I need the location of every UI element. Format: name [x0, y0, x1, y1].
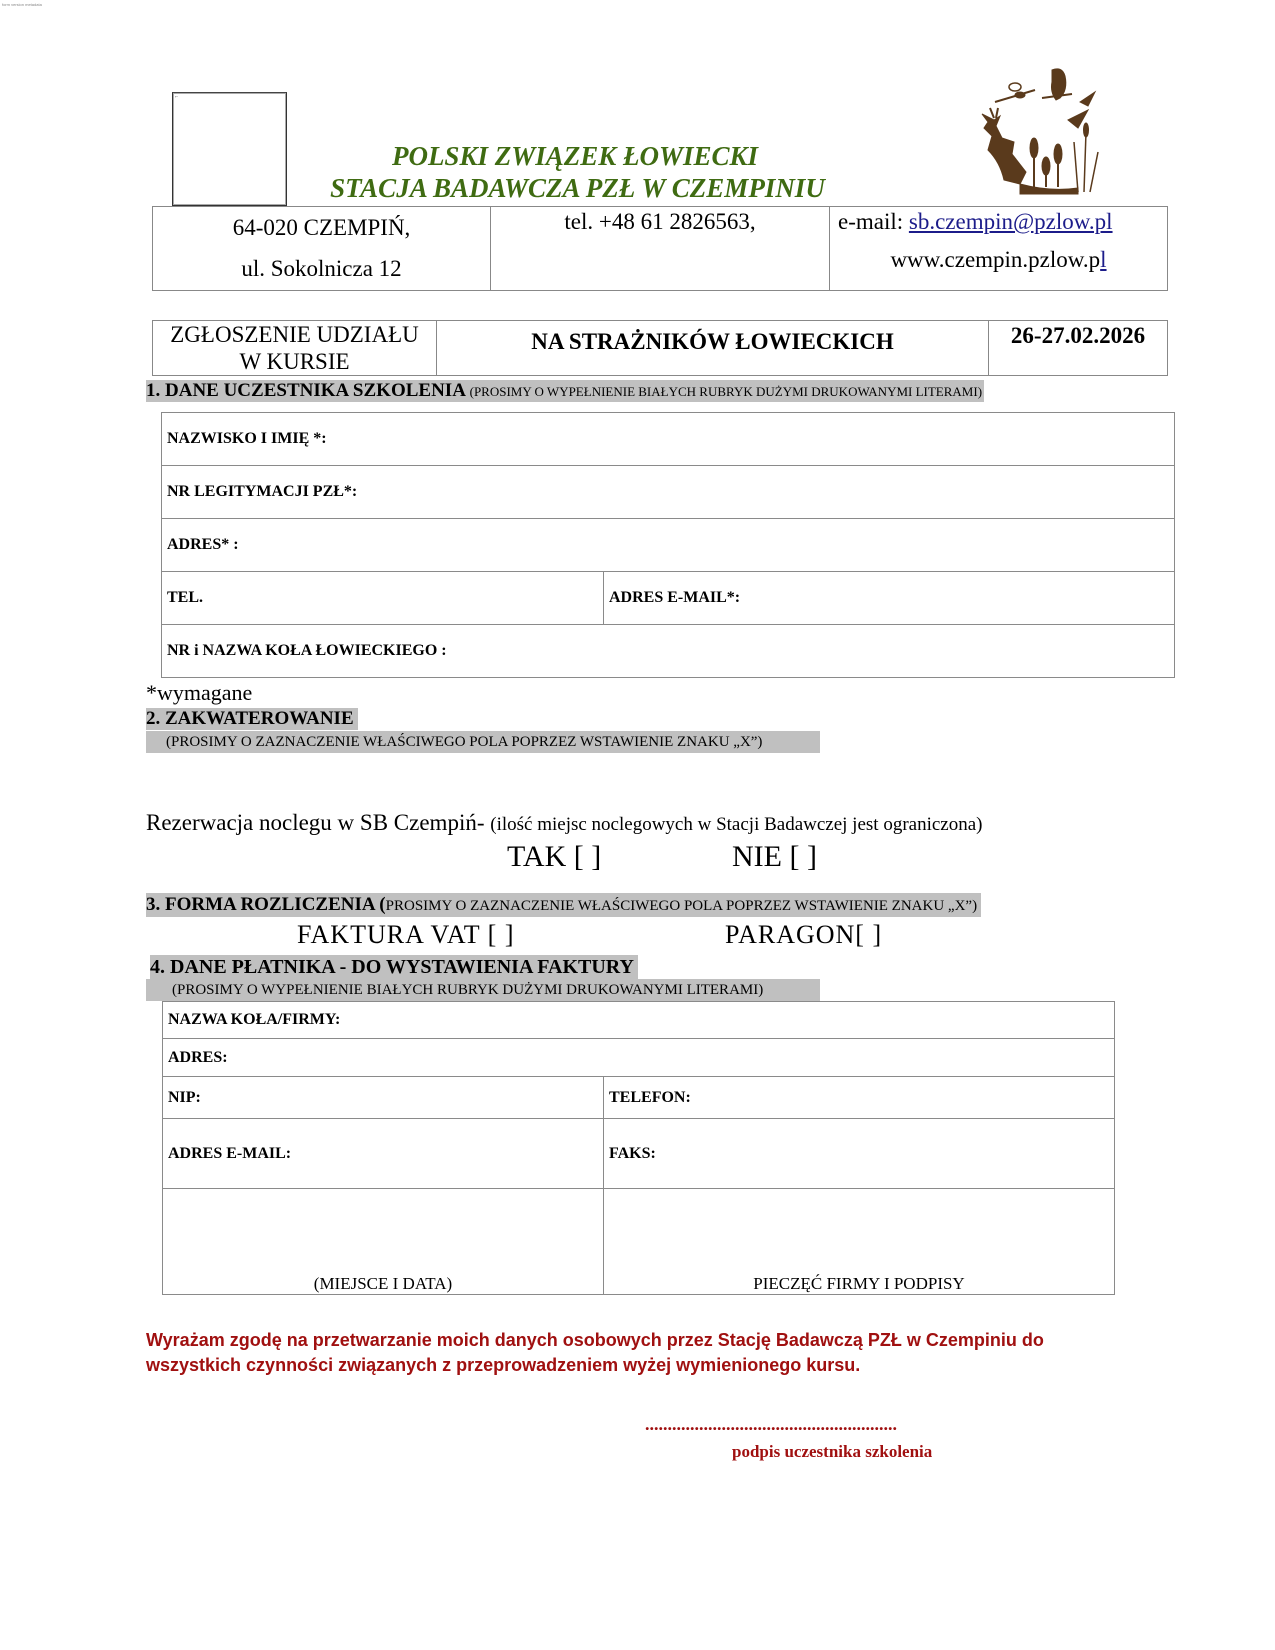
course-label-cell: ZGŁOSZENIE UDZIAŁU W KURSIE	[153, 321, 437, 376]
section1-title: 1. DANE UCZESTNIKA SZKOLENIA	[146, 380, 470, 401]
section4-note: (PROSIMY O WYPEŁNIENIE BIAŁYCH RUBRYK DU…	[146, 979, 820, 1001]
email-label: e-mail:	[838, 209, 909, 234]
org-title-line1: POLSKI ZWIĄZEK ŁOWIECKI	[295, 140, 855, 172]
website-text: www.czempin.pzlow.p	[890, 247, 1100, 272]
website-link[interactable]: www.czempin.pzlow.pl	[830, 247, 1167, 273]
payer-field-address[interactable]: ADRES:	[163, 1039, 1115, 1077]
field-club[interactable]: NR i NAZWA KOŁA ŁOWIECKIEGO :	[162, 625, 1175, 678]
wildlife-logo-icon	[960, 62, 1110, 202]
consent-text: Wyrażam zgodę na przetwarzanie moich dan…	[146, 1328, 1106, 1378]
field-address[interactable]: ADRES* :	[162, 519, 1175, 572]
option-no[interactable]: NIE [ ]	[732, 840, 817, 874]
field-license[interactable]: NR LEGITYMACJI PZŁ*:	[162, 466, 1175, 519]
signature-label: podpis uczestnika szkolenia	[732, 1442, 932, 1462]
payer-field-nip[interactable]: NIP:	[163, 1077, 604, 1119]
photo-placeholder: ⌐	[172, 92, 287, 206]
section3-note: PROSIMY O ZAZNACZENIE WŁAŚCIWEGO POLA PO…	[386, 898, 977, 914]
section2-note: (PROSIMY O ZAZNACZENIE WŁAŚCIWEGO POLA P…	[146, 731, 820, 753]
course-name: NA STRAŻNIKÓW ŁOWIECKICH	[437, 321, 989, 376]
section1-heading: 1. DANE UCZESTNIKA SZKOLENIA (PROSIMY O …	[146, 380, 984, 402]
required-note: *wymagane	[146, 680, 252, 706]
contact-online-cell: e-mail: sb.czempin@pzlow.pl www.czempin.…	[830, 207, 1168, 291]
contact-address-cell: 64-020 CZEMPIŃ, ul. Sokolnicza 12	[153, 207, 491, 291]
payer-field-fax[interactable]: FAKS:	[604, 1119, 1115, 1189]
signature-line[interactable]: ........................................…	[645, 1414, 897, 1435]
section1-note: (PROSIMY O WYPEŁNIENIE BIAŁYCH RUBRYK DU…	[470, 384, 982, 399]
option-receipt[interactable]: PARAGON[ ]	[725, 920, 882, 950]
field-email[interactable]: ADRES E-MAIL*:	[604, 572, 1175, 625]
section3-heading: 3. FORMA ROZLICZENIA (PROSIMY O ZAZNACZE…	[146, 893, 981, 917]
payer-field-email[interactable]: ADRES E-MAIL:	[163, 1119, 604, 1189]
email-link[interactable]: sb.czempin@pzlow.pl	[909, 209, 1113, 234]
payer-field-phone[interactable]: TELEFON:	[604, 1077, 1115, 1119]
page-note: form version metadata	[2, 2, 42, 7]
field-phone[interactable]: TEL.	[162, 572, 604, 625]
contact-table: 64-020 CZEMPIŃ, ul. Sokolnicza 12 tel. +…	[152, 206, 1168, 291]
street-address: ul. Sokolnicza 12	[153, 256, 490, 282]
option-yes[interactable]: TAK [ ]	[507, 840, 601, 874]
org-title-line2: STACJA BADAWCZA PZŁ W CZEMPINIU	[280, 172, 875, 204]
payer-stamp-signature[interactable]: PIECZĘĆ FIRMY I PODPISY	[604, 1189, 1115, 1295]
payer-table: NAZWA KOŁA/FIRMY: ADRES: NIP: TELEFON: A…	[162, 1001, 1115, 1295]
option-invoice[interactable]: FAKTURA VAT [ ]	[297, 920, 515, 950]
section2-title: 2. ZAKWATEROWANIE	[146, 708, 358, 730]
photo-placeholder-icon: ⌐	[175, 94, 178, 100]
course-label-line1: ZGŁOSZENIE UDZIAŁU	[153, 321, 436, 348]
course-table: ZGŁOSZENIE UDZIAŁU W KURSIE NA STRAŻNIKÓ…	[152, 320, 1168, 376]
reservation-line: Rezerwacja noclegu w SB Czempiń- (ilość …	[146, 810, 983, 836]
course-label-line2: W KURSIE	[153, 348, 436, 375]
section3-title: 3. FORMA ROZLICZENIA (	[146, 894, 386, 915]
reservation-note: (ilość miejsc noclegowych w Stacji Badaw…	[490, 814, 982, 835]
section4-title: 4. DANE PŁATNIKA - DO WYSTAWIENIA FAKTUR…	[150, 955, 638, 979]
reservation-label: Rezerwacja noclegu w SB Czempiń-	[146, 810, 490, 835]
payer-place-date[interactable]: (MIEJSCE I DATA)	[163, 1189, 604, 1295]
participant-table: NAZWISKO I IMIĘ *: NR LEGITYMACJI PZŁ*: …	[161, 412, 1175, 678]
course-dates: 26-27.02.2026	[989, 321, 1168, 376]
contact-phone-cell: tel. +48 61 2826563,	[491, 207, 830, 291]
phone-number: tel. +48 61 2826563,	[491, 209, 829, 235]
website-text-end: l	[1100, 247, 1106, 272]
payer-field-company[interactable]: NAZWA KOŁA/FIRMY:	[163, 1002, 1115, 1039]
postal-code-city: 64-020 CZEMPIŃ,	[153, 215, 490, 241]
field-name[interactable]: NAZWISKO I IMIĘ *:	[162, 413, 1175, 466]
